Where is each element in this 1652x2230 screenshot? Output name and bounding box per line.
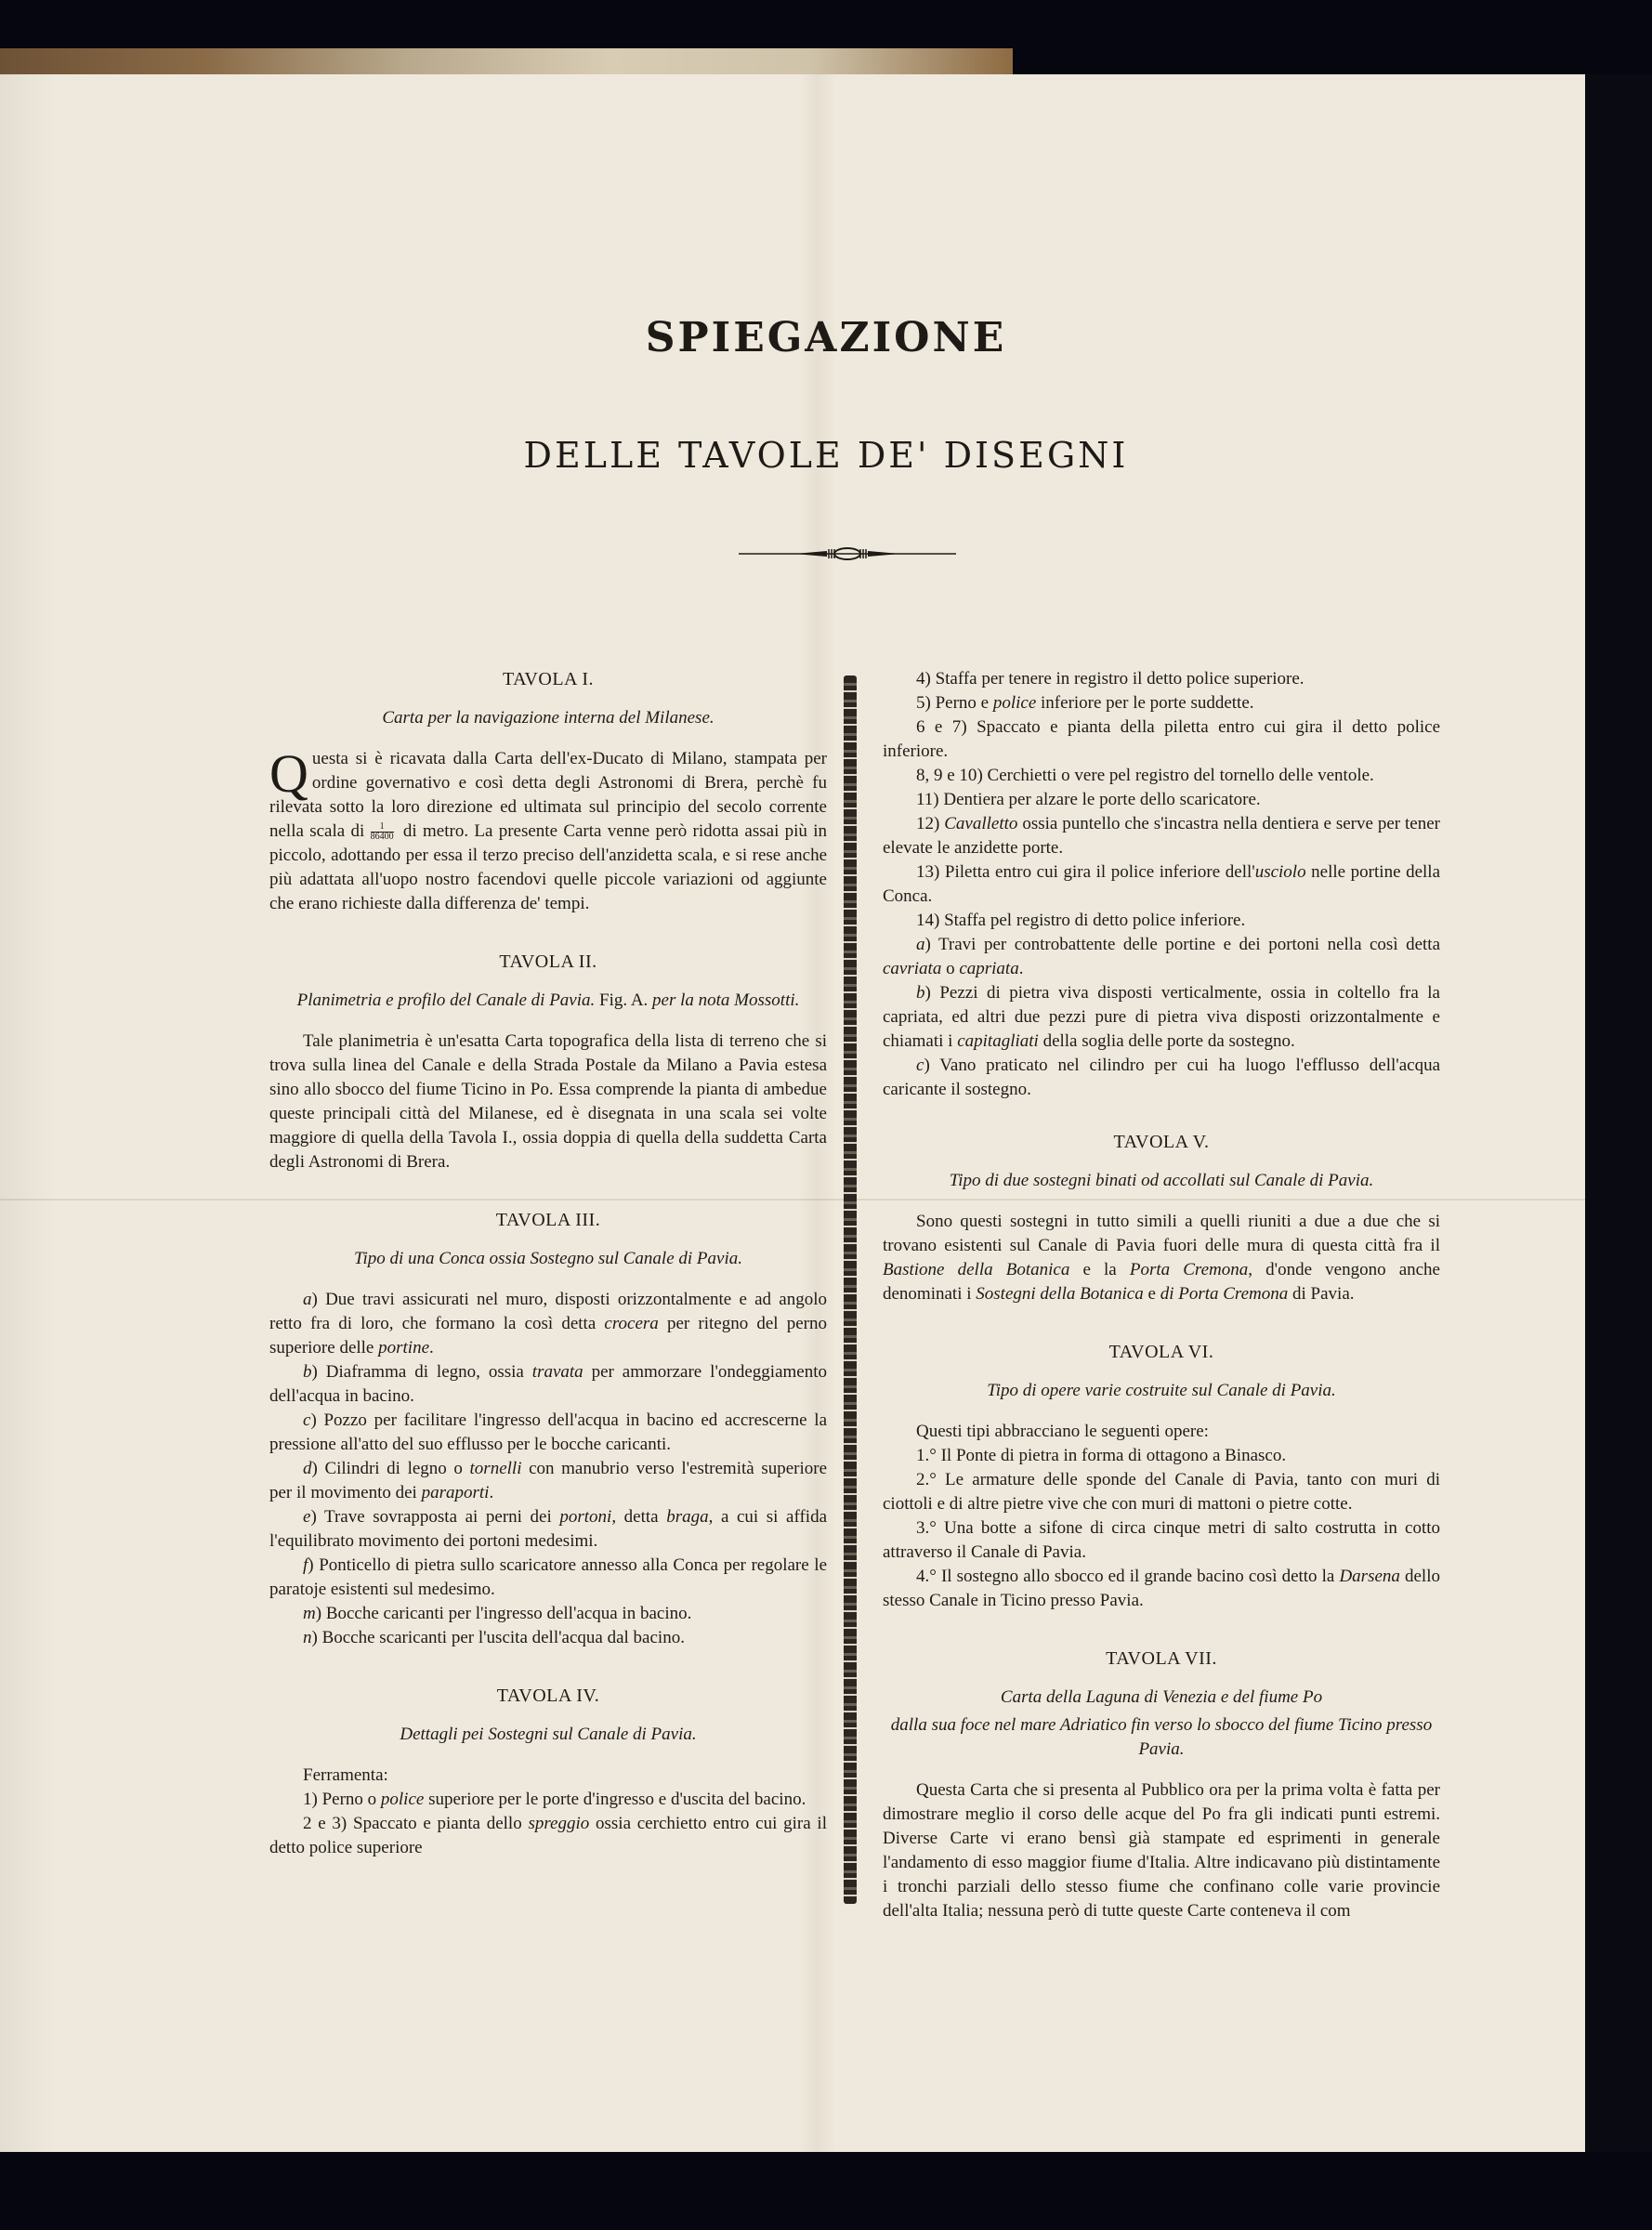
list-item: b) Diaframma di legno, ossia travata per… [269,1360,827,1409]
section-heading: TAVOLA V. [883,1130,1440,1154]
section-heading: TAVOLA II. [269,950,827,974]
list-item: c) Vano praticato nel cilindro per cui h… [883,1054,1440,1102]
legend-list: 4) Staffa per tenere in registro il dett… [883,667,1440,933]
section-heading: TAVOLA I. [269,667,827,691]
page-title: SPIEGAZIONE [0,314,1652,361]
section-heading: TAVOLA III. [269,1208,827,1232]
section-heading: TAVOLA VI. [883,1340,1440,1364]
list-item: 14) Staffa pel registro di detto police … [883,909,1440,933]
left-column: TAVOLA I. Carta per la navigazione inter… [269,667,827,1894]
list-item: 11) Dentiera per alzare le porte dello s… [883,788,1440,812]
list-item: 2.° Le armature delle sponde del Canale … [883,1468,1440,1516]
section-tavola-5: TAVOLA V. Tipo di due sostegni binati od… [883,1130,1440,1306]
book-spine-strip [0,48,1013,76]
list-item: b) Pezzi di pietra viva disposti vertica… [883,981,1440,1054]
list-item: 1) Perno o police superiore per le porte… [269,1788,827,1812]
right-column: 4) Staffa per tenere in registro il dett… [883,667,1440,1957]
list-item: 13) Piletta entro cui gira il police inf… [883,860,1440,909]
section-tavola-3: TAVOLA III. Tipo di una Conca ossia Sost… [269,1208,827,1650]
section-tavola-6: TAVOLA VI. Tipo di opere varie costruite… [883,1340,1440,1613]
list-item: 1.° Il Ponte di pietra in forma di ottag… [883,1444,1440,1468]
section-caption: Dettagli pei Sostegni sul Canale di Pavi… [269,1723,827,1747]
list-item: m) Bocche caricanti per l'ingresso dell'… [269,1602,827,1626]
column-divider-ornament [844,676,857,1904]
list-item: 2 e 3) Spaccato e pianta dello spreggio … [269,1812,827,1860]
section-body: Questa Carta che si presenta al Pubblico… [883,1778,1440,1923]
list-item: 4) Staffa per tenere in registro il dett… [883,667,1440,691]
list-intro: Ferramenta: [269,1764,827,1788]
ornament-rule-icon [739,546,956,561]
legend-list: a) Travi per controbattente delle portin… [883,933,1440,1102]
section-caption: Tipo di due sostegni binati od accollati… [883,1169,1440,1193]
legend-list: 1.° Il Ponte di pietra in forma di ottag… [883,1444,1440,1613]
section-heading: TAVOLA VII. [883,1646,1440,1671]
list-item: d) Cilindri di legno o tornelli con manu… [269,1457,827,1505]
section-heading: TAVOLA IV. [269,1684,827,1708]
section-caption: dalla sua foce nel mare Adriatico fin ve… [883,1713,1440,1762]
section-tavola-2: TAVOLA II. Planimetria e profilo del Can… [269,950,827,1174]
list-item: 5) Perno e police inferiore per le porte… [883,691,1440,715]
section-caption: Carta per la navigazione interna del Mil… [269,706,827,730]
page-edge-shadow [1585,74,1652,2152]
section-body: Tale planimetria è un'esatta Carta topog… [269,1030,827,1174]
list-item: f) Ponticello di pietra sullo scaricator… [269,1554,827,1602]
list-item: a) Due travi assicurati nel muro, dispos… [269,1288,827,1360]
list-item: 6 e 7) Spaccato e pianta della piletta e… [883,715,1440,764]
list-item: n) Bocche scaricanti per l'uscita dell'a… [269,1626,827,1650]
section-caption: Tipo di opere varie costruite sul Canale… [883,1379,1440,1403]
list-item: a) Travi per controbattente delle portin… [883,933,1440,981]
list-item: 4.° Il sostegno allo sbocco ed il grande… [883,1565,1440,1613]
list-intro: Questi tipi abbracciano le seguenti oper… [883,1420,1440,1444]
section-caption: Carta della Laguna di Venezia e del fium… [883,1686,1440,1710]
section-caption: Planimetria e profilo del Canale di Pavi… [269,989,827,1013]
section-tavola-4-continued: 4) Staffa per tenere in registro il dett… [883,667,1440,1102]
list-item: e) Trave sovrapposta ai perni dei porton… [269,1505,827,1554]
page-subtitle: DELLE TAVOLE DE' DISEGNI [0,435,1652,476]
list-item: 12) Cavalletto ossia puntello che s'inca… [883,812,1440,860]
legend-list: a) Due travi assicurati nel muro, dispos… [269,1288,827,1650]
section-tavola-4: TAVOLA IV. Dettagli pei Sostegni sul Can… [269,1684,827,1860]
list-item: 8, 9 e 10) Cerchietti o vere pel registr… [883,764,1440,788]
list-item: 3.° Una botte a sifone di circa cinque m… [883,1516,1440,1565]
drop-cap: Q [269,753,308,795]
section-caption: Tipo di una Conca ossia Sostegno sul Can… [269,1247,827,1271]
section-body: Q uesta si è ricavata dalla Carta dell'e… [269,747,827,916]
section-tavola-1: TAVOLA I. Carta per la navigazione inter… [269,667,827,916]
section-tavola-7: TAVOLA VII. Carta della Laguna di Venezi… [883,1646,1440,1923]
scale-fraction: 186400 [371,822,394,842]
section-body: Sono questi sostegni in tutto simili a q… [883,1210,1440,1306]
list-item: c) Pozzo per facilitare l'ingresso dell'… [269,1409,827,1457]
